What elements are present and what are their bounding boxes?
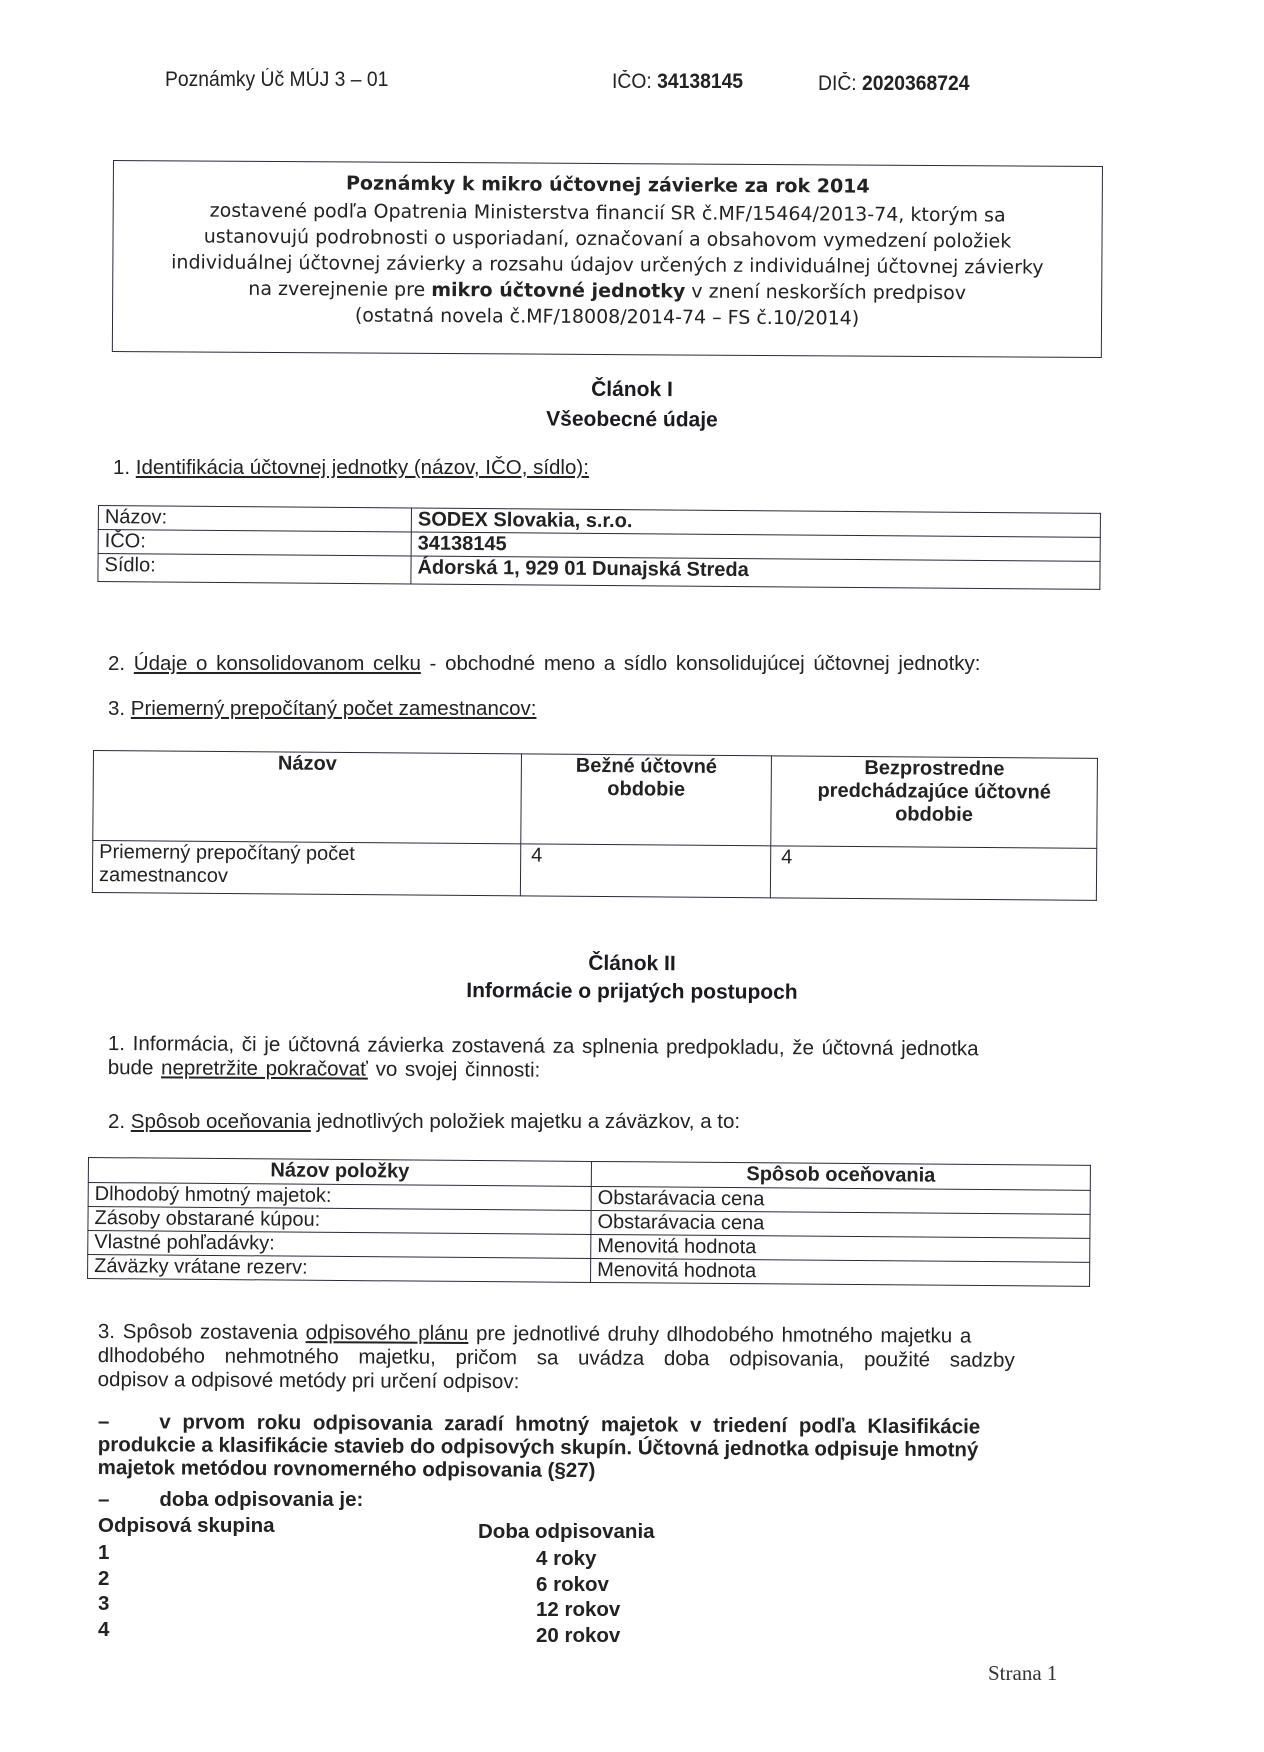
id-label-ico: IČO:: [98, 530, 411, 556]
valuation-item: Vlastné pohľadávky:: [88, 1231, 591, 1259]
a2-item2-number: 2.: [108, 1110, 131, 1133]
item3-line1-rest: pre jednotlivé druhy dlhodobého hmotného…: [468, 1322, 971, 1348]
depreciation-group: 1: [98, 1540, 109, 1566]
article2-item2: 2. Spôsob oceňovania jednotlivých položi…: [108, 1110, 740, 1134]
depreciation-period-header: Doba odpisovania: [478, 1520, 655, 1543]
article1-heading: Článok I: [0, 375, 1264, 406]
bullet-1: –v prvom roku odpisovania zaradí hmotný …: [98, 1410, 981, 1484]
id-label-seat: Sídlo:: [98, 554, 411, 584]
valuation-item: Dlhodobý hmotný majetok:: [88, 1183, 591, 1211]
item3-number: 3.: [108, 697, 131, 720]
employees-row-current: 4: [520, 844, 770, 898]
depreciation-group: 2: [98, 1566, 109, 1592]
header-ico: IČO: 34138145: [612, 70, 743, 94]
document-title: Poznámky k mikro účtovnej závierke za ro…: [114, 171, 1102, 199]
article1-item2: 2. Údaje o konsolidovanom celku - obchod…: [108, 652, 980, 676]
page-number: Strana 1: [988, 1661, 1057, 1686]
bullet-dash: –: [98, 1488, 109, 1511]
valuation-item: Zásoby obstarané kúpou:: [88, 1207, 591, 1235]
document-page: Poznámky Úč MÚJ 3 – 01 IČO: 34138145 DIČ…: [0, 0, 1264, 1752]
depreciation-group: 3: [98, 1591, 109, 1617]
article1-item1: 1. Identifikácia účtovnej jednotky (názo…: [113, 456, 589, 480]
depreciation-period: 6 rokov: [536, 1572, 620, 1598]
title-line-4-post: v znení neskorších predpisov: [685, 280, 966, 304]
bullet-2: –doba odpisovania je:: [98, 1488, 363, 1511]
id-label-name: Názov:: [98, 506, 411, 532]
header-dic-label: DIČ:: [818, 72, 857, 95]
article2-item1: 1. Informácia, či je účtovná závierka zo…: [108, 1032, 979, 1085]
item3-underlined: odpisového plánu: [306, 1321, 469, 1345]
table-header-row: Názov Bežné účtovné obdobie Bezprostredn…: [93, 751, 1098, 849]
header-dic-value: 2020368724: [862, 72, 969, 95]
title-box: Poznámky k mikro účtovnej závierke za ro…: [112, 160, 1103, 358]
employees-header-previous: Bezprostredne predchádzajúce účtovné obd…: [771, 756, 1098, 849]
identification-table: Názov: SODEX Slovakia, s.r.o. IČO: 34138…: [97, 505, 1101, 590]
article1-subheading: Všeobecné údaje: [0, 405, 1264, 436]
valuation-table: Názov položky Spôsob oceňovania Dlhodobý…: [87, 1157, 1091, 1287]
employees-table: Názov Bežné účtovné obdobie Bezprostredn…: [92, 750, 1098, 901]
employees-header-name: Názov: [93, 751, 522, 844]
bullet2-text: doba odpisovania je:: [159, 1488, 363, 1511]
item1-post: vo svojej činnosti:: [368, 1058, 540, 1082]
a2-item2-label: Spôsob oceňovania: [131, 1110, 311, 1133]
depreciation-periods: 4 roky 6 rokov 12 rokov 20 rokov: [536, 1546, 620, 1648]
valuation-method: Obstarávacia cena: [591, 1210, 1090, 1238]
employees-row-name: Priemerný prepočítaný počet zamestnancov: [92, 841, 520, 896]
item3-label: Priemerný prepočítaný počet zamestnancov…: [131, 697, 537, 720]
depreciation-period: 12 rokov: [536, 1597, 620, 1623]
title-line-4-bold: mikro účtovné jednotky: [431, 279, 685, 303]
header-ico-label: IČO:: [612, 70, 652, 93]
item1-pre: bude: [108, 1056, 161, 1079]
valuation-item: Záväzky vrátane rezerv:: [88, 1255, 591, 1283]
employees-header-current: Bežné účtovné obdobie: [521, 754, 772, 846]
item1-underlined: nepretržite pokračovať: [161, 1056, 368, 1080]
valuation-header-method: Spôsob oceňovania: [591, 1161, 1090, 1190]
item2-number: 2.: [108, 652, 134, 675]
bullet-dash: –: [98, 1410, 110, 1433]
valuation-method: Obstarávacia cena: [591, 1186, 1090, 1214]
a2-item2-rest: jednotlivých položiek majetku a záväzkov…: [311, 1110, 740, 1133]
id-value-seat: Ádorská 1, 929 01 Dunajská Streda: [411, 556, 1100, 589]
depreciation-groups: 1 2 3 4: [98, 1540, 109, 1642]
depreciation-period: 20 rokov: [536, 1623, 620, 1649]
valuation-method: Menovitá hodnota: [591, 1234, 1090, 1262]
employees-row-previous: 4: [770, 846, 1096, 901]
article2-item3: 3. Spôsob zostavenia odpisového plánu pr…: [98, 1320, 1088, 1397]
table-row: Priemerný prepočítaný počet zamestnancov…: [92, 841, 1096, 901]
item2-label: Údaje o konsolidovanom celku: [134, 652, 421, 675]
depreciation-group-header: Odpisová skupina: [98, 1514, 275, 1537]
article1-item3: 3. Priemerný prepočítaný počet zamestnan…: [108, 697, 536, 721]
valuation-method: Menovitá hodnota: [591, 1258, 1090, 1286]
depreciation-group: 4: [98, 1617, 109, 1643]
header-dic: DIČ: 2020368724: [818, 72, 969, 96]
article2-subheading: Informácie o prijatých postupoch: [0, 977, 1264, 1008]
form-label: Poznámky Úč MÚJ 3 – 01: [165, 68, 388, 92]
title-line-4-pre: na zverejnenie pre: [248, 278, 431, 301]
item1-number: 1.: [113, 456, 136, 479]
header-ico-value: 34138145: [657, 70, 743, 93]
item2-rest: - obchodné meno a sídlo konsolidujúcej ú…: [421, 652, 981, 675]
item3-pre: 3. Spôsob zostavenia: [98, 1320, 306, 1344]
item1-label: Identifikácia účtovnej jednotky (názov, …: [136, 456, 589, 479]
article2-heading: Článok II: [0, 949, 1264, 980]
depreciation-period: 4 roky: [536, 1546, 620, 1572]
